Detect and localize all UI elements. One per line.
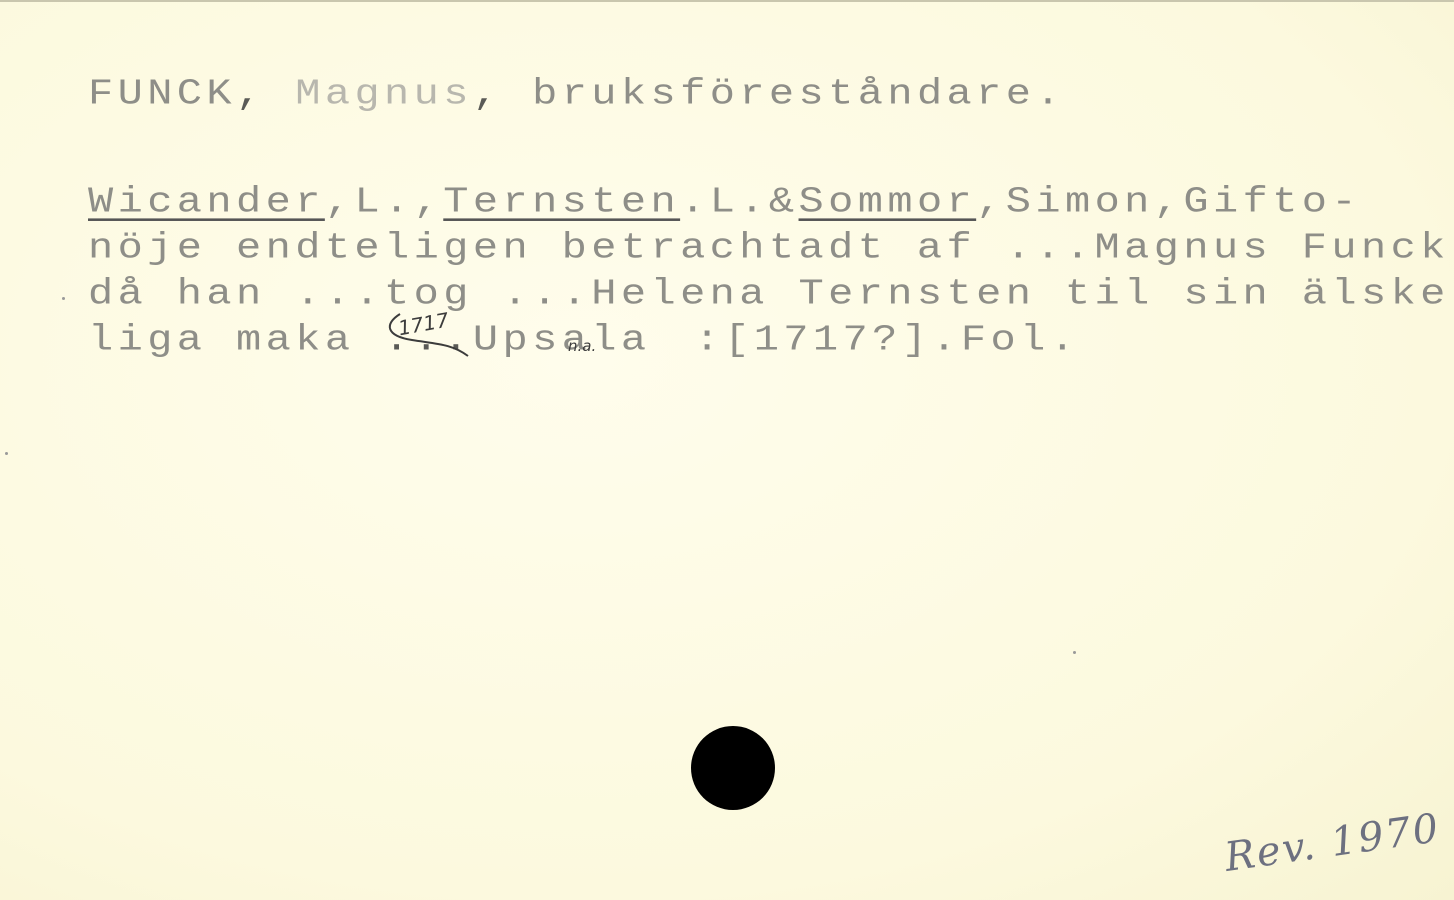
card-heading: FUNCK, Magnus, bruksföreståndare.	[88, 76, 1065, 112]
paper-speck	[1073, 651, 1076, 654]
card-punch-hole	[691, 726, 775, 810]
paper-speck	[5, 452, 8, 455]
handwritten-bracket-mark	[382, 310, 472, 360]
card-top-edge	[0, 0, 1454, 2]
author-ternsten: Ternsten	[443, 181, 680, 222]
handwritten-place-note: n.a.	[568, 337, 596, 355]
paper-speck	[62, 297, 65, 300]
heading-given-name: Magnus	[295, 73, 473, 114]
heading-surname: FUNCK	[88, 73, 236, 114]
heading-occupation: bruksföreståndare.	[532, 73, 1065, 114]
author-wicander: Wicander	[88, 181, 325, 222]
entry-line-3: då han ...tog ...Helena Ternsten til sin…	[88, 276, 1450, 312]
entry-line-2: nöje endteligen betrachtadt af ...Magnus…	[88, 230, 1450, 266]
catalog-card: FUNCK, Magnus, bruksföreståndare. Wicand…	[0, 0, 1454, 900]
author-sommor: Sommor	[799, 181, 977, 222]
entry-line-1: Wicander,L.,Ternsten.L.&Sommor,Simon,Gif…	[88, 184, 1361, 220]
revision-note: Rev. 1970	[1222, 805, 1443, 881]
